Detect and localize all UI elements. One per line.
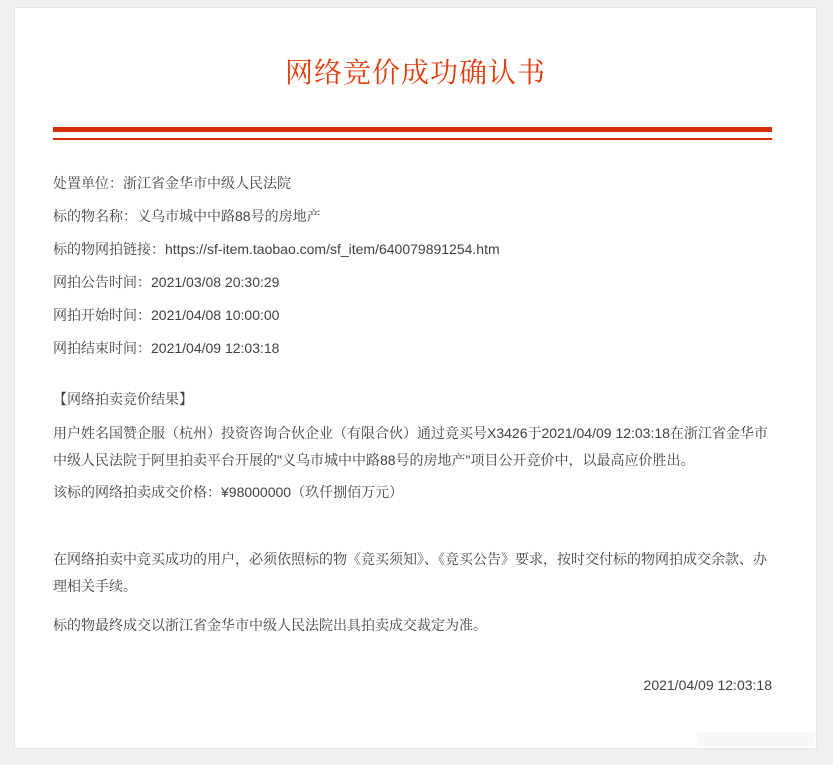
note-final-ruling: 标的物最终成交以浙江省金华市中级人民法院出具拍卖成交裁定为准。	[53, 612, 772, 639]
divider-thin	[53, 138, 772, 140]
result-body-text: 用户姓名国赞企服（杭州）投资咨询合伙企业（有限合伙）通过竞买号X3426于202…	[53, 420, 772, 474]
info-value-url: https://sf-item.taobao.com/sf_item/64007…	[165, 241, 500, 257]
watermark	[697, 732, 815, 747]
info-value: 2021/03/08 20:30:29	[151, 274, 279, 290]
info-row-start-time: 网拍开始时间：2021/04/08 10:00:00	[53, 305, 772, 325]
info-row-subject-name: 标的物名称：义乌市城中中路88号的房地产	[53, 206, 772, 226]
info-value: 2021/04/09 12:03:18	[151, 340, 279, 356]
info-label: 标的物网拍链接：	[53, 241, 165, 257]
confirmation-document: 网络竞价成功确认书 处置单位：浙江省金华市中级人民法院 标的物名称：义乌市城中中…	[14, 7, 817, 749]
deal-price-line: 该标的网络拍卖成交价格：¥98000000（玖仟捌佰万元）	[53, 479, 772, 506]
info-label: 网拍结束时间：	[53, 340, 151, 356]
info-label: 标的物名称：	[53, 208, 137, 224]
info-section: 处置单位：浙江省金华市中级人民法院 标的物名称：义乌市城中中路88号的房地产 标…	[53, 173, 772, 358]
info-row-disposal-unit: 处置单位：浙江省金华市中级人民法院	[53, 173, 772, 193]
info-label: 处置单位：	[53, 175, 123, 191]
info-label: 网拍公告时间：	[53, 274, 151, 290]
info-value: 2021/04/08 10:00:00	[151, 307, 279, 323]
info-row-announce-time: 网拍公告时间：2021/03/08 20:30:29	[53, 272, 772, 292]
document-timestamp: 2021/04/09 12:03:18	[53, 675, 772, 695]
info-value: 义乌市城中中路88号的房地产	[137, 208, 321, 224]
note-payment-obligation: 在网络拍卖中竞买成功的用户，必须依照标的物《竞买须知》、《竞买公告》要求，按时交…	[53, 546, 772, 600]
info-row-end-time: 网拍结束时间：2021/04/09 12:03:18	[53, 338, 772, 358]
result-section-heading: 【网络拍卖竞价结果】	[53, 389, 772, 409]
info-label: 网拍开始时间：	[53, 307, 151, 323]
divider-thick	[53, 127, 772, 132]
document-title: 网络竞价成功确认书	[15, 8, 816, 91]
info-row-auction-link: 标的物网拍链接：https://sf-item.taobao.com/sf_it…	[53, 239, 772, 259]
info-value: 浙江省金华市中级人民法院	[123, 175, 291, 191]
page-background: 网络竞价成功确认书 处置单位：浙江省金华市中级人民法院 标的物名称：义乌市城中中…	[0, 0, 833, 765]
